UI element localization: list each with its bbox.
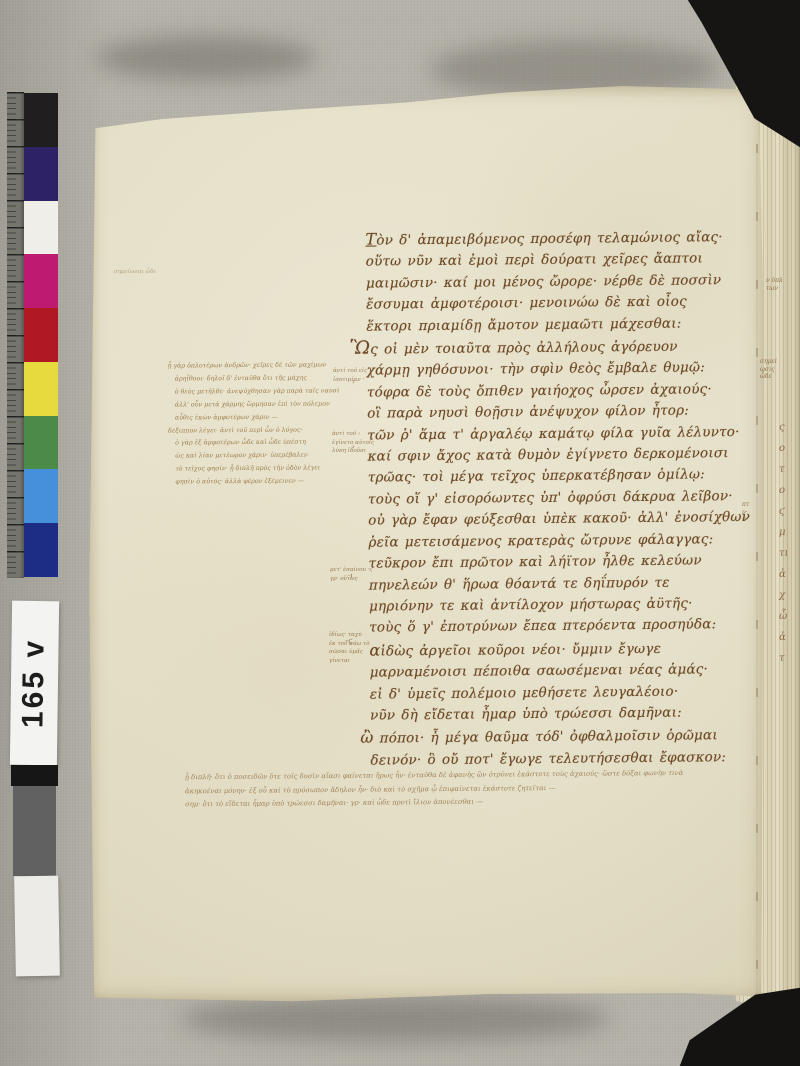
scholia-line: ἀρηΐθοοι· δηλοῖ δ' ἐνταῦθα ὅτι τῆς μάχης — [168, 372, 324, 386]
scholia-line: δεξιππον λέγει· ἀντὶ τοῦ περὶ ὧν ὁ λόγος… — [168, 424, 324, 438]
scholia-line: ᾗ γὰρ ὁπλοτέρων ἀνδρῶν· χεῖρες δὲ τῶν μα… — [168, 359, 324, 373]
verse-line: τρῶας· τοὶ μέγα τεῖχος ὑπερκατέβησαν ὁμί… — [368, 465, 704, 490]
margin-mark: ·ϛ — [346, 637, 352, 645]
verse-line: αἰδὼς ἀργεῖοι κοῦροι νέοι· ὔμμιν ἔγωγε — [369, 636, 705, 663]
facing-page-fragment: σημεί ωσις ὧδε — [760, 358, 777, 381]
color-patch-red — [24, 308, 58, 362]
verse-line: ὢ πόποι· ἦ μέγα θαῦμα τόδ' ὀφθαλμοῖσιν ὁ… — [360, 724, 706, 751]
main-text-block: Τὸν δ' ἀπαμειβόμενος προσέφη τελαμώνιος … — [365, 225, 706, 771]
color-calibration-bar — [24, 93, 58, 577]
ruler-strip — [7, 92, 24, 578]
verse-line: ἔσσυμαι ἀμφοτέροισι· μενοινώω δὲ καὶ οἶο… — [366, 292, 702, 317]
verse-line: πηνελεών θ' ἥρωα θόαντά τε δηΐπυρόν τε — [369, 572, 705, 597]
color-patch-green — [24, 416, 58, 470]
scholia-line: ὡς καὶ λίαν μετέωρον χάριν· ὑπερέβαλεν — [168, 450, 324, 464]
color-patch-yellow — [24, 362, 58, 416]
facing-page-fragment: ν ὅπλ των — [766, 277, 783, 292]
page-shadow-top-left — [96, 36, 316, 80]
folio-number-card: 165 v — [10, 601, 59, 766]
scholia-line: τὸ τεῖχος φησίν· ᾗ διπλῆ πρὸς τὴν ὁδὸν λ… — [168, 463, 324, 477]
marginal-gloss: ἀντὶ τοῦ εἰς ἰσοτιμίαν · — [333, 367, 367, 384]
folio-number-label: 165 v — [17, 638, 52, 729]
calibration-gray-block — [13, 786, 56, 876]
verse-line: Ὣς οἱ μὲν τοιαῦτα πρὸς ἀλλήλους ἀγόρευον — [349, 334, 702, 361]
calibration-black-strip — [11, 765, 58, 786]
scholia-line: αὖθις ἑκὼν ἀμφοτέρων χάριν — — [168, 411, 324, 425]
scholia-line: ὁ θεὸς μετῆλθε· ἀνεψύχθησαν γὰρ παρὰ ταῖ… — [168, 385, 324, 399]
margin-mark: › — [352, 378, 355, 386]
bottom-scholia: ᾗ διπλῆ· ὅτι ὁ ποσειδῶν ὅτε τοῖς δυσὶν α… — [185, 767, 705, 812]
manuscript-photograph: { "meta": { "folio_label": "165 v" }, "c… — [0, 0, 800, 1066]
verse-line: τεῦκρον ἔπι πρῶτον καὶ λήϊτον ἦλθε κελεύ… — [369, 550, 705, 575]
scholia-line: φησὶν ὁ αὐτός· ἀλλὰ φέρον ἐξέμεινεν — — [168, 476, 324, 490]
facing-page-fragment: πτ ν· π — [742, 501, 749, 524]
margin-mark: › — [352, 443, 355, 451]
color-patch-black — [24, 93, 58, 147]
verse-line: οἳ παρὰ νηυσὶ θοῇσιν ἀνέψυχον φίλον ἦτορ… — [367, 401, 703, 426]
verse-line: μαρναμένοισι πέποιθα σαωσέμεναι νέας ἁμά… — [370, 660, 706, 685]
faint-marginal-note: σημείωσαι ὧδε — [114, 269, 156, 275]
page-shadow-bottom — [180, 996, 610, 1042]
color-patch-light-blue — [24, 469, 58, 523]
color-patch-magenta — [24, 254, 58, 308]
verse-line: οὐ γὰρ ἔφαν φεύξεσθαι ὑπὲκ κακοῦ· ἀλλ' ἐ… — [368, 508, 704, 533]
facing-page-text-column: ς ο τ ο ϛ μ τι ἀ χ ὦ ἀ τ — [779, 417, 788, 669]
color-patch-white — [24, 201, 58, 255]
verse-line: οὕτω νῦν καὶ ἐμοὶ περὶ δούρατι χεῖρες ἄα… — [366, 249, 702, 274]
calibration-white-block — [14, 876, 60, 977]
verse-line: τοὺς ὅ γ' ἐποτρύνων ἔπεα πτερόεντα προση… — [369, 615, 705, 640]
scholia-line: ἀλλ' οὖν μετὰ χάρμης ὥρμησαν ἐπὶ τὸν πόλ… — [168, 398, 324, 412]
left-margin-scholia: ᾗ γὰρ ὁπλοτέρων ἀνδρῶν· χεῖρες δὲ τῶν μα… — [168, 359, 325, 489]
verse-line: χάρμῃ γηθόσυνοι· τὴν σφὶν θεὸς ἔμβαλε θυ… — [367, 358, 703, 383]
manuscript-page: σημείωσαι ὧδε ᾗ γὰρ ὁπλοτέρων ἀνδρῶν· χε… — [88, 86, 764, 1004]
margin-mark: ·ι — [348, 572, 353, 580]
color-patch-navy — [24, 147, 58, 201]
verse-line: Τὸν δ' ἀπαμειβόμενος προσέφη τελαμώνιος … — [365, 225, 701, 252]
scholia-line: ὁ γὰρ ἐξ ἀμφοτέρων ὧδε καὶ ὧδε ὑπέστη — [168, 437, 324, 451]
color-patch-dark-blue — [24, 523, 58, 577]
page-right-edge-crease — [756, 144, 758, 1006]
